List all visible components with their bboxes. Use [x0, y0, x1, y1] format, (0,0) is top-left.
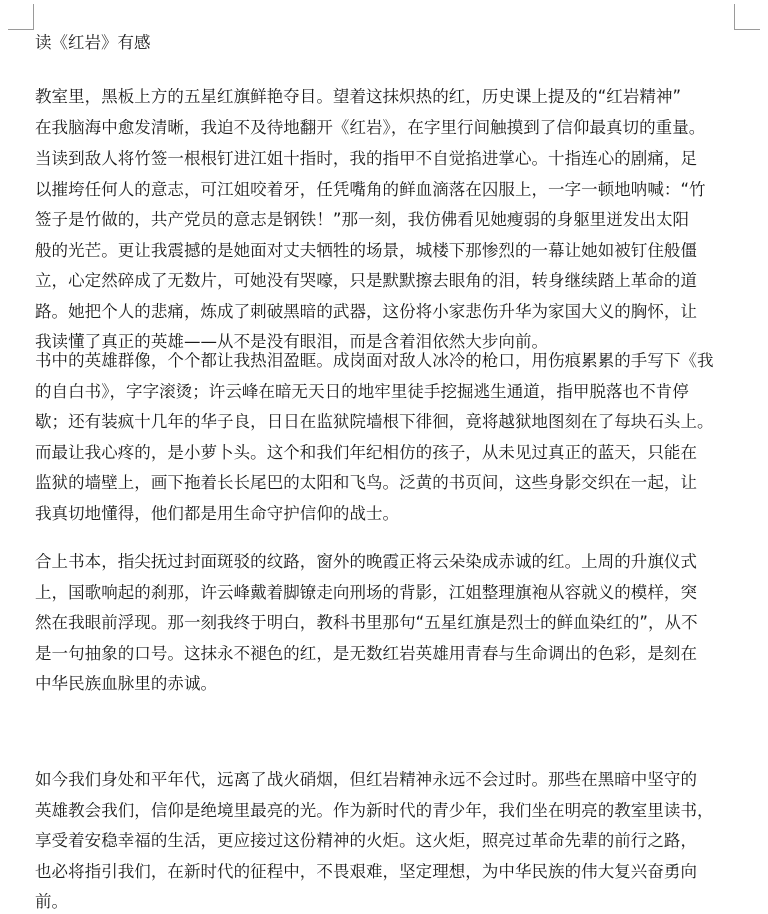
- document-page[interactable]: 读《红岩》有感 教室里，黑板上方的五星红旗鲜艳夺目。望着这抹炽热的红，历史课上提…: [35, 31, 740, 55]
- page-corner-mark-left: [8, 4, 34, 30]
- text-line: 当读到敌人将竹签一根根钉进江姐十指时，我的指甲不自觉掐进掌心。十指连心的剧痛，足: [35, 144, 740, 175]
- text-line: 中华民族血脉里的赤诚。: [35, 669, 740, 700]
- paragraph-2: 当读到敌人将竹签一根根钉进江姐十指时，我的指甲不自觉掐进掌心。十指连心的剧痛，足…: [35, 144, 740, 358]
- text-line: 的自白书》，字字滚烫；许云峰在暗无天日的地牢里徒手挖掘逃生通道，指甲脱落也不肯停: [35, 377, 740, 408]
- text-line: 合上书本，指尖抚过封面斑驳的纹路，窗外的晚霞正将云朵染成赤诚的红。上周的升旗仪式: [35, 547, 740, 578]
- text-line: 教室里，黑板上方的五星红旗鲜艳夺目。望着这抹炽热的红，历史课上提及的“红岩精神”: [35, 82, 740, 113]
- page-corner-mark-right: [734, 4, 760, 30]
- document-title: 读《红岩》有感: [35, 31, 740, 55]
- paragraph-1: 教室里，黑板上方的五星红旗鲜艳夺目。望着这抹炽热的红，历史课上提及的“红岩精神”…: [35, 82, 740, 143]
- text-line: 也必将指引我们，在新时代的征程中，不畏艰难，坚定理想，为中华民族的伟大复兴奋勇向: [35, 857, 740, 888]
- text-line: 享受着安稳幸福的生活，更应接过这份精神的火炬。这火炬，照亮过革命先辈的前行之路，: [35, 826, 740, 857]
- text-line: 签子是竹做的，共产党员的意志是钢铁！”那一刻，我仿佛看见她瘦弱的身躯里迸发出太阳: [35, 205, 740, 236]
- text-line: 上，国歌响起的刹那，许云峰戴着脚镣走向刑场的背影，江姐整理旗袍从容就义的模样，突: [35, 578, 740, 609]
- paragraph-3: 书中的英雄群像，个个都让我热泪盈眶。成岗面对敌人冰冷的枪口，用伤痕累累的手写下《…: [35, 346, 740, 529]
- paragraph-4: 合上书本，指尖抚过封面斑驳的纹路，窗外的晚霞正将云朵染成赤诚的红。上周的升旗仪式…: [35, 547, 740, 700]
- text-line: 前。: [35, 887, 740, 914]
- text-line: 英雄教会我们，信仰是绝境里最亮的光。作为新时代的青少年，我们坐在明亮的教室里读书…: [35, 796, 740, 827]
- text-line: 如今我们身处和平年代，远离了战火硝烟，但红岩精神永远不会过时。那些在黑暗中坚守的: [35, 765, 740, 796]
- text-line: 立，心定然碎成了无数片，可她没有哭嚎，只是默默擦去眼角的泪，转身继续踏上革命的道: [35, 266, 740, 297]
- text-line: 书中的英雄群像，个个都让我热泪盈眶。成岗面对敌人冰冷的枪口，用伤痕累累的手写下《…: [35, 346, 740, 377]
- text-line: 歇；还有装疯十几年的华子良，日日在监狱院墙根下徘徊，竟将越狱地图刻在了每块石头上…: [35, 407, 740, 438]
- text-line: 我真切地懂得，他们都是用生命守护信仰的战士。: [35, 499, 740, 530]
- text-line: 以摧垮任何人的意志，可江姐咬着牙，任凭嘴角的鲜血滴落在囚服上，一字一顿地呐喊：“…: [35, 175, 740, 206]
- text-line: 监狱的墙壁上，画下拖着长长尾巴的太阳和飞鸟。泛黄的书页间，这些身影交织在一起，让: [35, 468, 740, 499]
- text-line: 在我脑海中愈发清晰，我迫不及待地翻开《红岩》，在字里行间触摸到了信仰最真切的重量…: [35, 113, 740, 144]
- text-line: 而最让我心疼的，是小萝卜头。这个和我们年纪相仿的孩子，从未见过真正的蓝天，只能在: [35, 438, 740, 469]
- text-line: 然在我眼前浮现。那一刻我终于明白，教科书里那句“五星红旗是烈士的鲜血染红的”，从…: [35, 608, 740, 639]
- text-line: 路。她把个人的悲痛，炼成了刺破黑暗的武器，这份将小家悲伤升华为家国大义的胸怀，让: [35, 297, 740, 328]
- text-line: 是一句抽象的口号。这抹永不褪色的红，是无数红岩英雄用青春与生命调出的色彩，是刻在: [35, 639, 740, 670]
- paragraph-5: 如今我们身处和平年代，远离了战火硝烟，但红岩精神永远不会过时。那些在黑暗中坚守的…: [35, 765, 740, 914]
- text-line: 般的光芒。更让我震撼的是她面对丈夫牺牲的场景，城楼下那惨烈的一幕让她如被钉住般僵: [35, 236, 740, 267]
